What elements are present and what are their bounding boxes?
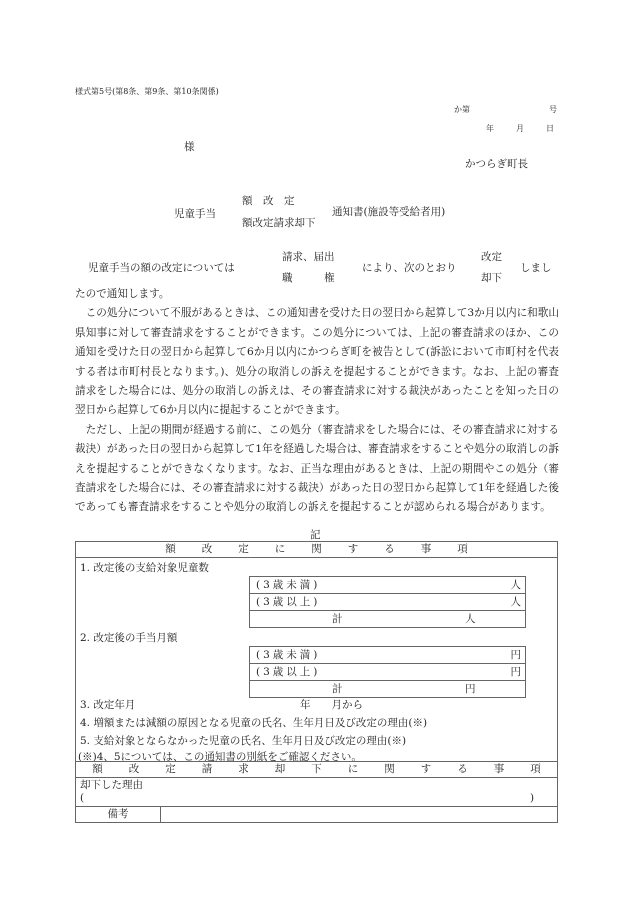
- intro-continuation: たので通知します。: [75, 285, 559, 304]
- addressee-suffix: 様: [184, 139, 195, 154]
- revision-date-value: 年 月から: [300, 697, 363, 712]
- reject-reason-paren-close: ): [530, 792, 534, 804]
- title-left: 児童手当: [174, 206, 216, 221]
- children-over3-row: (3歳以上)人: [250, 593, 525, 610]
- reject-reason-label: 却下した理由: [80, 777, 143, 792]
- rejection-section-header: 額改定請求却下に関する事項: [76, 761, 557, 778]
- date-day: 日: [546, 123, 554, 134]
- children-under3-row: (3歳未満)人: [250, 577, 525, 593]
- monthly-amount-table: (3歳未満)円 (3歳以上)円 計円: [249, 646, 526, 698]
- intro-middle: により、次のとおり: [362, 260, 457, 275]
- form-number: 様式第5号(第8条、第9条、第10条関係): [75, 86, 219, 97]
- intro-choice-request: 請求、届出: [282, 249, 335, 264]
- body-text: たので通知します。 この処分について不服があるときは、この通知書を受けた日の翌日…: [75, 285, 559, 518]
- revision-section-header: 額改定に関する事項: [76, 542, 557, 558]
- paragraph-deadline: ただし、上記の期間が経過する前に、この処分（審査請求をした場合には、その審査請求…: [75, 421, 559, 518]
- reject-reason-paren-open: (: [80, 792, 84, 804]
- date-month: 月: [516, 123, 524, 134]
- amount-over3-row: (3歳以上)円: [250, 663, 525, 680]
- title-option-rejection: 額改定請求却下: [242, 215, 316, 230]
- title-option-revision: 額 改 定: [242, 193, 295, 208]
- intro-lead: 児童手当の額の改定については: [88, 260, 235, 275]
- intro-choice-reject: 却下: [481, 270, 502, 285]
- remarks-field[interactable]: [161, 807, 557, 822]
- remarks-row: 備考: [76, 806, 557, 822]
- item-revision-date: 3. 改定年月: [80, 697, 135, 712]
- ki-heading: 記: [310, 527, 321, 542]
- issuer: かつらぎ町長: [465, 156, 528, 171]
- doc-number-prefix: か第: [454, 104, 470, 115]
- intro-tail: しまし: [520, 260, 552, 275]
- remarks-label: 備考: [76, 807, 161, 822]
- title-right: 通知書(施設等受給者用): [332, 204, 445, 219]
- item-change-reason: 4. 増額または減額の原因となる児童の氏名、生年月日及び改定の理由(※): [80, 715, 427, 730]
- details-table: 額改定に関する事項 1. 改定後の支給対象児童数 (3歳未満)人 (3歳以上)人…: [75, 541, 558, 823]
- amount-under3-row: (3歳未満)円: [250, 647, 525, 663]
- intro-choice-revise: 改定: [481, 249, 502, 264]
- item-monthly-amount: 2. 改定後の手当月額: [80, 630, 177, 645]
- item-excluded-children: 5. 支給対象とならなかった児童の氏名、生年月日及び改定の理由(※): [80, 733, 406, 748]
- amount-total-row: 計円: [250, 680, 525, 697]
- date-year: 年: [486, 123, 494, 134]
- paragraph-appeal: この処分について不服があるときは、この通知書を受けた日の翌日から起算して3か月以…: [75, 304, 559, 420]
- item-children-count: 1. 改定後の支給対象児童数: [80, 560, 209, 575]
- children-total-row: 計人: [250, 610, 525, 627]
- children-count-table: (3歳未満)人 (3歳以上)人 計人: [249, 576, 526, 628]
- intro-choice-authority: 職 権: [282, 270, 335, 285]
- doc-number-suffix: 号: [549, 104, 557, 115]
